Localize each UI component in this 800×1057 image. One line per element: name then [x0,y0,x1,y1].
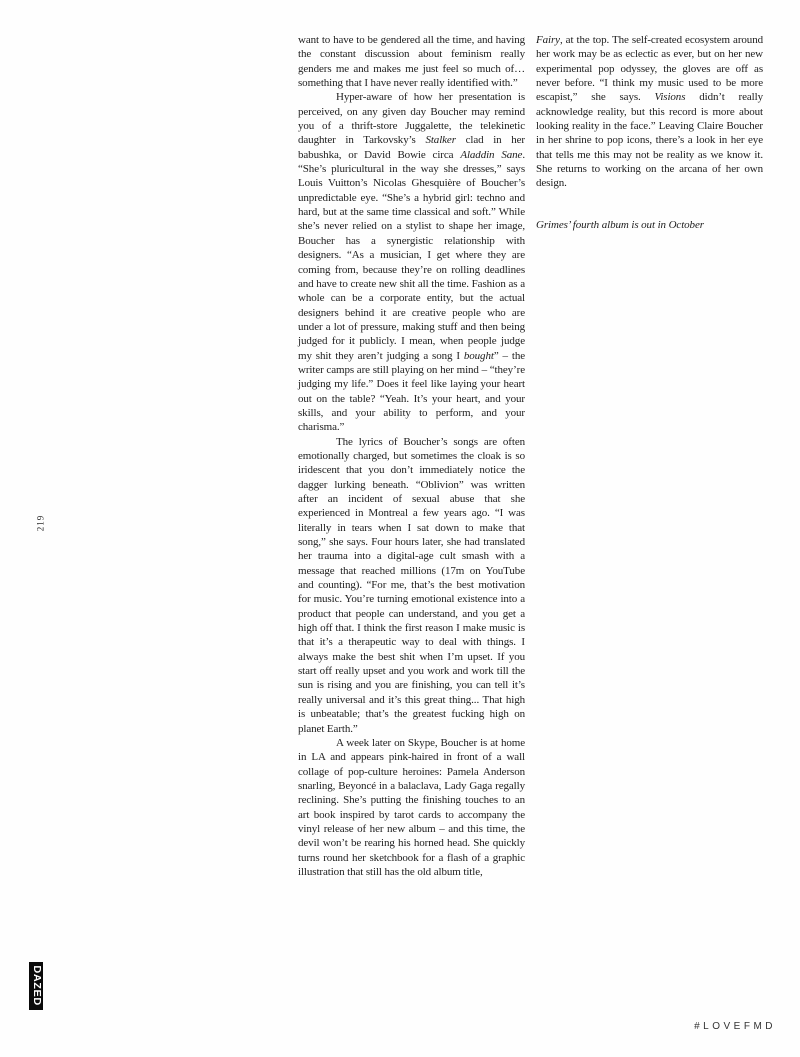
text-segment: didn’t really acknowledge reality, but t… [536,91,763,189]
magazine-page: 219 want to have to be gendered all the … [0,0,800,1057]
article-column-2-paragraphs: Fairy, at the top. The self-created ecos… [536,33,763,191]
page-number-container: 219 [22,503,58,543]
text-segment: want to have to be gendered all the time… [298,34,525,89]
page-number: 219 [35,515,45,532]
italic-text: Aladdin Sane [460,149,522,161]
italic-text: bought [464,350,494,362]
dazed-logo: DAZED [29,962,43,1010]
album-release-note: Grimes’ fourth album is out in October [536,218,763,232]
italic-text: Visions [655,91,686,103]
paragraph: Hyper-aware of how her presentation is p… [298,90,525,434]
dazed-logo-text: DAZED [30,966,42,1007]
paragraph: A week later on Skype, Boucher is at hom… [298,736,525,879]
article-column-1: want to have to be gendered all the time… [298,33,525,879]
italic-text: Stalker [425,134,455,146]
article-column-2: Fairy, at the top. The self-created ecos… [536,33,763,243]
lovefmd-watermark: #LOVEFMD [694,1021,776,1032]
paragraph: want to have to be gendered all the time… [298,33,525,90]
paragraph: The lyrics of Boucher’s songs are often … [298,435,525,736]
text-segment: A week later on Skype, Boucher is at hom… [298,737,525,878]
text-segment: ” – the writer camps are still playing o… [298,350,525,434]
paragraph: Fairy, at the top. The self-created ecos… [536,33,763,191]
italic-text: Fairy [536,34,560,46]
text-segment: The lyrics of Boucher’s songs are often … [298,436,525,735]
text-segment: . “She’s pluricultural in the way she dr… [298,149,525,362]
